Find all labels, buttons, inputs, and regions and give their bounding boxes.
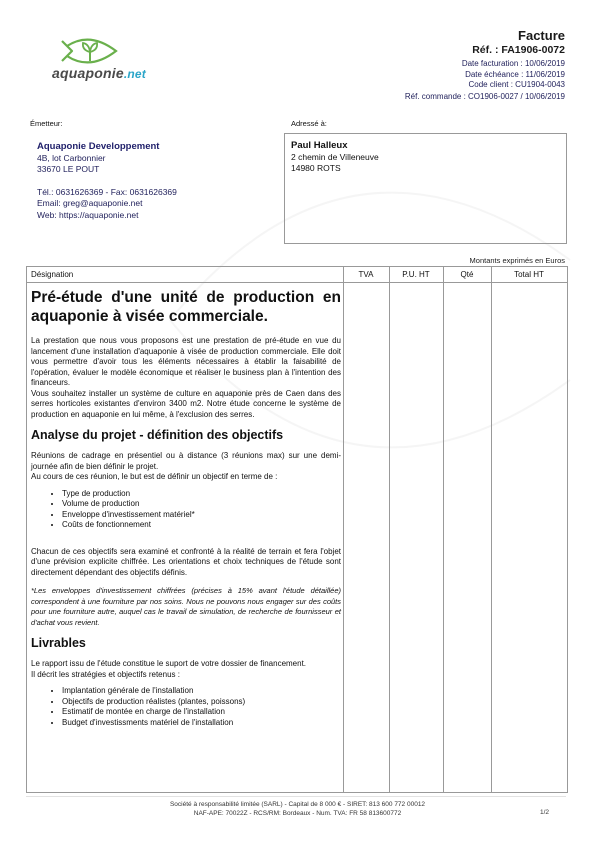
invoice-reference: Réf. : FA1906-0072 [405, 44, 565, 56]
list-item: Volume de production [62, 499, 341, 510]
page-number: 1/2 [540, 809, 549, 816]
deliverables-list: Implantation générale de l'installation … [31, 686, 341, 728]
column-divider [389, 267, 390, 792]
recipient-address-line2: 14980 ROTS [291, 163, 379, 175]
analysis-paragraph-3: Chacun de ces objectifs sera examiné et … [31, 547, 341, 579]
column-divider [491, 267, 492, 792]
document-title: Facture [405, 28, 565, 43]
list-item: Implantation générale de l'installation [62, 686, 341, 697]
list-item: Estimatif de montée en charge de l'insta… [62, 707, 341, 718]
logo-text-main: aquaponie [52, 65, 124, 81]
invoice-header: Facture Réf. : FA1906-0072 Date facturat… [405, 28, 565, 102]
line-title: Pré-étude d'une unité de production en a… [31, 288, 341, 326]
col-header-tva: TVA [343, 270, 389, 279]
col-header-qty: Qté [443, 270, 491, 279]
issuer-name: Aquaponie Developpement [37, 141, 177, 153]
investment-footnote: *Les enveloppes d'investissement chiffré… [31, 586, 341, 628]
section-title-deliverables: Livrables [31, 636, 341, 650]
col-header-designation: Désignation [31, 270, 73, 279]
list-item: Type de production [62, 489, 341, 500]
recipient-name: Paul Halleux [291, 140, 379, 152]
deliverables-paragraph-1: Le rapport issu de l'étude constitue le … [31, 659, 341, 670]
recipient-label: Adressé à: [291, 119, 327, 128]
recipient-block: Paul Halleux 2 chemin de Villeneuve 1498… [291, 140, 379, 175]
section-title-analysis: Analyse du projet - définition des objec… [31, 428, 341, 442]
issuer-label: Émetteur: [30, 119, 63, 128]
issuer-block: Aquaponie Developpement 4B, lot Carbonni… [37, 141, 177, 221]
currency-note: Montants exprimés en Euros [470, 256, 565, 265]
due-date: Date échéance : 11/06/2019 [405, 70, 565, 81]
list-item: Enveloppe d'investissement matériel* [62, 510, 341, 521]
analysis-paragraph-2: Au cours de ces réunion, le but est de d… [31, 472, 341, 483]
order-reference: Réf. commande : CO1906-0027 / 10/06/2019 [405, 92, 565, 103]
logo-text-ext: .net [124, 67, 146, 81]
client-code: Code client : CU1904-0043 [405, 80, 565, 91]
footer-divider [26, 796, 566, 797]
footer-line-2: NAF-APE: 70022Z - RCS/RM: Bordeaux - Num… [0, 809, 595, 818]
issuer-phone: Tél.: 0631626369 - Fax: 0631626369 [37, 187, 177, 199]
line-intro-paragraph-1: La prestation que nous vous proposons es… [31, 336, 341, 389]
footer-line-1: Société à responsabilité limitée (SARL) … [0, 800, 595, 809]
fish-sprout-icon [58, 37, 120, 65]
col-header-pu-ht: P.U. HT [389, 270, 443, 279]
logo-wordmark: aquaponie.net [52, 65, 146, 81]
table-header-divider [27, 282, 567, 283]
recipient-address-line1: 2 chemin de Villeneuve [291, 152, 379, 164]
table-row: Pré-étude d'une unité de production en a… [31, 288, 341, 734]
company-logo: aquaponie.net [52, 37, 142, 87]
list-item: Objectifs de production réalistes (plant… [62, 697, 341, 708]
legal-footer: Société à responsabilité limitée (SARL) … [0, 800, 595, 818]
billing-date: Date facturation : 10/06/2019 [405, 59, 565, 70]
objectives-list: Type de production Volume de production … [31, 489, 341, 531]
analysis-paragraph-1: Réunions de cadrage en présentiel ou à d… [31, 451, 341, 472]
invoice-lines-table: Désignation TVA P.U. HT Qté Total HT Pré… [26, 266, 568, 793]
col-header-total-ht: Total HT [491, 270, 567, 279]
column-divider [343, 267, 344, 792]
issuer-email[interactable]: Email: greg@aquaponie.net [37, 198, 177, 210]
issuer-address-line1: 4B, lot Carbonnier [37, 153, 177, 165]
list-item: Coûts de fonctionnement [62, 520, 341, 531]
line-intro-paragraph-2: Vous souhaitez installer un système de c… [31, 389, 341, 421]
issuer-website[interactable]: Web: https://aquaponie.net [37, 210, 177, 222]
column-divider [443, 267, 444, 792]
list-item: Budget d'investissments matériel de l'in… [62, 718, 341, 729]
deliverables-paragraph-2: Il décrit les stratégies et objectifs re… [31, 670, 341, 681]
issuer-address-line2: 33670 LE POUT [37, 164, 177, 176]
